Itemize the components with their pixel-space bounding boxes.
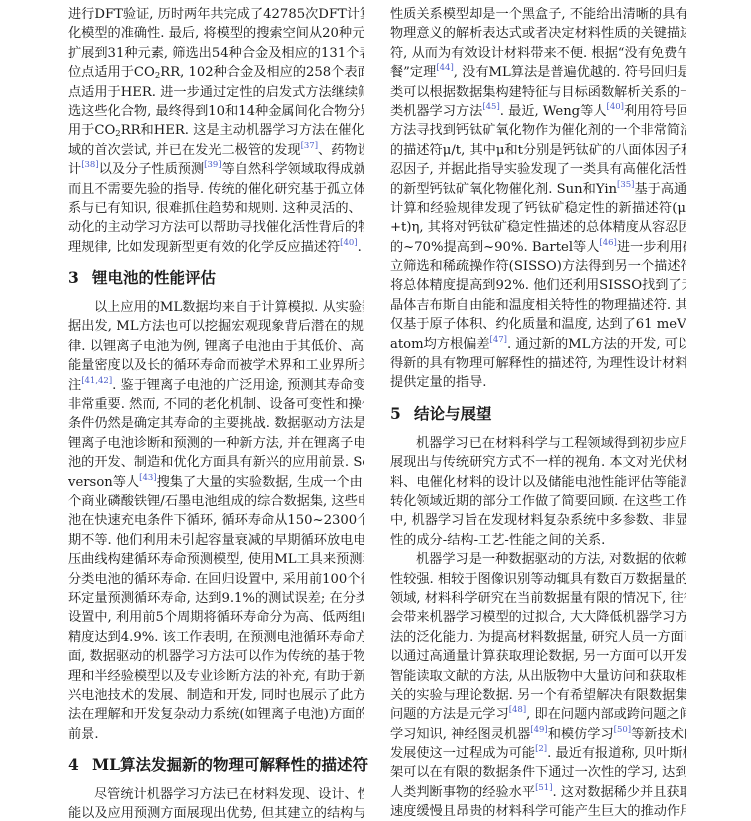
text-span: 注 xyxy=(68,378,81,393)
text-span: 机器学习是一种数据驱动的方法, 对数据的依赖 xyxy=(416,552,686,567)
text-span: 理和半经验模型以及专业诊断方法的补充, 有助于新 xyxy=(68,669,364,684)
text-span: 智能读取文献的方法, 从出版物中大量访问和获取相 xyxy=(390,669,686,684)
text-span: 扩展到31种元素, 筛选出54种合金及相应的131个表面 xyxy=(68,46,364,61)
text-span: 池在快速充电条件下循环, 循环寿命从150~2300个周 xyxy=(68,513,364,528)
citation-link[interactable]: [49] xyxy=(530,725,547,735)
text-span: 而且不需要先验的指导. 传统的催化研究基于孤立体 xyxy=(68,182,364,197)
text-line: 精度达到4.9%. 该工作表明, 在预测电池循环寿命方 xyxy=(68,628,364,647)
citation-link[interactable]: [39] xyxy=(204,160,221,170)
citation-link[interactable]: [37] xyxy=(301,141,318,151)
text-span: , 即在问题内部或跨问题之间 xyxy=(526,707,686,722)
text-span: 能以及应用预测方面展现出优势, 但其建立的结构与 xyxy=(68,806,364,821)
text-line: 池的开发、制造和优化方面具有新兴的应用前景. Se- xyxy=(68,453,364,472)
text-span: atom均方根偏差 xyxy=(390,337,490,352)
text-span: 忍因子, 并据此指导实验发现了一类具有高催化活性 xyxy=(390,162,686,177)
text-line: 的描述符μ/t, 其中μ和t分别是钙钛矿的八面体因子和容 xyxy=(390,141,686,160)
text-line: 的~70%提高到~90%. Bartel等人[46]进一步利用确定独 xyxy=(390,238,686,257)
text-line: 计[38]以及分子性质预测[39]等自然科学领域取得成就, xyxy=(68,160,364,179)
text-span: 前景. xyxy=(68,727,99,742)
section-title: 结论与展望 xyxy=(414,404,492,423)
text-line: 计算和经验规律发现了钙钛矿稳定性的新描述符(μ xyxy=(390,199,686,218)
text-line: 立筛选和稀疏操作符(SISSO)方法得到另一个描述符τ, xyxy=(390,257,686,276)
text-line: 设置中, 利用前5个周期将循环寿命分为高、低两组的 xyxy=(68,608,364,627)
text-line: 性质关系模型却是一个黑盒子, 不能给出清晰的具有 xyxy=(390,5,686,24)
text-span: 性质关系模型却是一个黑盒子, 不能给出清晰的具有 xyxy=(390,7,686,22)
text-line: 池在快速充电条件下循环, 循环寿命从150~2300个周 xyxy=(68,511,364,530)
text-line: 展现出与传统研究方式不一样的视角. 本文对光伏材 xyxy=(390,453,686,472)
text-span: 会带来机器学习模型的过拟合, 大大降低机器学习方 xyxy=(390,610,686,625)
text-line: 律. 以锂离子电池为例, 锂离子电池由于其低价、高 xyxy=(68,337,364,356)
text-span: 分类电池的循环寿命. 在回归设置中, 采用前100个循 xyxy=(68,572,364,587)
text-line: 餐”定理[44], 没有ML算法是普遍优越的. 符号回归是一 xyxy=(390,63,686,82)
text-span: 方法寻找到钙钛矿氧化物作为催化剂的一个非常简洁 xyxy=(390,123,686,138)
text-span: 选这些化合物, 最终得到10和14种金属间化合物分别 xyxy=(68,104,364,119)
left-column: 进行DFT验证, 历时两年共完成了42785次DFT计算, 优化模型的准确性. … xyxy=(68,5,364,821)
text-span: . 通过新的ML方法的开发, 可以获 xyxy=(507,337,686,352)
text-span: 类可以根据数据集构建特征与目标函数解析关系的一 xyxy=(390,85,686,100)
text-span: 性较强. 相较于图像识别等动辄具有数百万数据量的 xyxy=(390,572,686,587)
text-line: 位点适用于CO2RR, 102种合金及相应的258个表面位 xyxy=(68,63,364,82)
text-span: 基于高通量 xyxy=(634,182,686,197)
text-line: verson等人[43]搜集了大量的实验数据, 生成一个由124 xyxy=(68,473,364,492)
text-span: 化模型的准确性. 最后, 将模型的搜索空间从20种元素 xyxy=(68,26,364,41)
text-line: 以上应用的ML数据均来自于计算模拟. 从实验数 xyxy=(68,298,364,317)
text-span: 环定量预测循环寿命, 达到9.1%的测试误差; 在分类 xyxy=(68,591,364,606)
text-span: 计算和经验规律发现了钙钛矿稳定性的新描述符(μ xyxy=(390,201,686,216)
text-span: 动化的主动学习方法可以帮助寻找催化活性背后的物 xyxy=(68,220,364,235)
citation-link[interactable]: [44] xyxy=(436,63,453,73)
text-span: 池的开发、制造和优化方面具有新兴的应用前景. Se- xyxy=(68,455,364,470)
text-line: 物理意义的解析表达式或者决定材料性质的关键描述 xyxy=(390,24,686,43)
text-span: 性的成分-结构-工艺-性能之间的关系. xyxy=(390,533,605,548)
text-line: 扩展到31种元素, 筛选出54种合金及相应的131个表面 xyxy=(68,44,364,63)
text-line: 类机器学习方法[45]. 最近, Weng等人[40]利用符号回归 xyxy=(390,102,686,121)
text-line: 面, 数据驱动的机器学习方法可以作为传统的基于物 xyxy=(68,647,364,666)
text-span: 的~70%提高到~90%. Bartel等人 xyxy=(390,240,599,255)
citation-link[interactable]: [51] xyxy=(535,783,552,793)
text-line: 域的首次尝试, 并已在发光二极管的发现[37]、药物设 xyxy=(68,141,364,160)
text-span: 利用符号回归 xyxy=(624,104,686,119)
text-span: 以通过高通量计算获取理论数据, 另一方面可以开发 xyxy=(390,649,686,664)
text-span: 料、电催化材料的设计以及储能电池性能评估等能源 xyxy=(390,475,686,490)
text-span: 中, 机器学习旨在发现材料复杂系统中多参数、非显 xyxy=(390,513,686,528)
text-line: 而且不需要先验的指导. 传统的催化研究基于孤立体 xyxy=(68,180,364,199)
text-line: 压曲线构建循环寿命预测模型, 使用ML工具来预测和 xyxy=(68,550,364,569)
text-span: 转化领域近期的部分工作做了简要回顾. 在这些工作 xyxy=(390,494,686,509)
text-line: 得新的具有物理可解释性的描述符, 为理性设计材料 xyxy=(390,354,686,373)
text-line: 提供定量的指导. xyxy=(390,373,686,392)
text-line: +t)η, 其将对钙钛矿稳定性描述的总体精度从容忍因子t xyxy=(390,218,686,237)
text-span: 、药物设 xyxy=(318,143,364,158)
text-span: 设置中, 利用前5个周期将循环寿命分为高、低两组的 xyxy=(68,610,364,625)
citation-link[interactable]: [46] xyxy=(599,238,616,248)
citation-link[interactable]: [40] xyxy=(340,238,357,248)
section-title: 锂电池的性能评估 xyxy=(92,268,216,287)
section-3-body: 以上应用的ML数据均来自于计算模拟. 从实验数据出发, ML方法也可以挖掘宏观现… xyxy=(68,298,364,744)
text-span: 律. 以锂离子电池为例, 锂离子电池由于其低价、高 xyxy=(68,339,364,354)
text-line: 方法寻找到钙钛矿氧化物作为催化剂的一个非常简洁 xyxy=(390,121,686,140)
text-line: 用于CO2RR和HER. 这是主动机器学习方法在催化领 xyxy=(68,121,364,140)
text-span: 点适用于HER. 进一步通过定性的启发式方法继续筛 xyxy=(68,85,364,100)
text-span: 尽管统计机器学习方法已在材料发现、设计、性 xyxy=(94,787,364,802)
text-line: 将总体精度提高到92%. 他们还利用SISSO找到了无机 xyxy=(390,276,686,295)
text-span: 期不等. 他们利用未引起容量衰减的早期循环放电电 xyxy=(68,533,364,548)
text-span: 理规律, 比如发现新型更有效的化学反应描述符 xyxy=(68,240,340,255)
text-line: 中, 机器学习旨在发现材料复杂系统中多参数、非显 xyxy=(390,511,686,530)
section-4-heading: 4ML算法发掘新的物理可解释性的描述符 xyxy=(68,750,364,780)
text-span: 速度缓慢且昂贵的材料科学可能产生巨大的推动作用. xyxy=(390,804,686,819)
text-line: 法的泛化能力. 为提高材料数据量, 研究人员一方面可 xyxy=(390,628,686,647)
text-line: 条件仍然是确定其寿命的主要挑战. 数据驱动方法是 xyxy=(68,414,364,433)
text-span: 将总体精度提高到92%. 他们还利用SISSO找到了无机 xyxy=(390,278,686,293)
section-3-heading: 3锂电池的性能评估 xyxy=(68,263,364,293)
text-span: 精度达到4.9%. 该工作表明, 在预测电池循环寿命方 xyxy=(68,630,364,645)
text-span: 条件仍然是确定其寿命的主要挑战. 数据驱动方法是 xyxy=(68,416,364,431)
text-line: 符, 从而为有效设计材料带来不便. 根据“没有免费午 xyxy=(390,44,686,63)
text-span: 非常重要. 然而, 不同的老化机制、设备可变性和操作 xyxy=(68,397,364,412)
citation-link[interactable]: [43] xyxy=(139,473,156,483)
text-line: 架可以在有限的数据条件下通过一次性的学习, 达到 xyxy=(390,763,686,782)
text-line: 速度缓慢且昂贵的材料科学可能产生巨大的推动作用. xyxy=(390,802,686,821)
text-line: 环定量预测循环寿命, 达到9.1%的测试误差; 在分类 xyxy=(68,589,364,608)
text-span: . xyxy=(358,240,362,255)
text-line: 前景. xyxy=(68,725,364,744)
text-span: 问题的方法是元学习 xyxy=(390,707,509,722)
section-title: ML算法发掘新的物理可解释性的描述符 xyxy=(92,755,368,774)
section-number: 5 xyxy=(390,399,414,429)
section-5-heading: 5结论与展望 xyxy=(390,399,686,429)
text-span: 学习知识, 神经图灵机器 xyxy=(390,727,530,742)
text-span: , 没有ML算法是普遍优越的. 符号回归是一 xyxy=(454,65,686,80)
text-span: 位点适用于CO xyxy=(68,65,155,80)
text-line: 系与已有知识, 很难抓住趋势和规则. 这种灵活的、自 xyxy=(68,199,364,218)
text-line: 领域, 材料科学研究在当前数据量有限的情况下, 往往 xyxy=(390,589,686,608)
text-span: verson等人 xyxy=(68,475,139,490)
text-span: 进行DFT验证, 历时两年共完成了42785次DFT计算, 优 xyxy=(68,7,364,22)
text-span: 以上应用的ML数据均来自于计算模拟. 从实验数 xyxy=(94,300,364,315)
citation-link[interactable]: [41,42] xyxy=(81,376,112,386)
text-span: 域的首次尝试, 并已在发光二极管的发现 xyxy=(68,143,301,158)
text-line: 法在理解和开发复杂动力系统(如锂离子电池)方面的 xyxy=(68,705,364,724)
text-span: 以及分子性质预测 xyxy=(99,162,205,177)
text-span: 物理意义的解析表达式或者决定材料性质的关键描述 xyxy=(390,26,686,41)
text-span: 机器学习已在材料科学与工程领域得到初步应用, xyxy=(416,436,686,451)
text-span: 关的实验与理论数据. 另一个有希望解决有限数据集 xyxy=(390,688,686,703)
text-line: 问题的方法是元学习[48], 即在问题内部或跨问题之间 xyxy=(390,705,686,724)
text-span: 的新型钙钛矿氧化物催化剂. Sun和Yin xyxy=(390,182,617,197)
text-line: 兴电池技术的发展、制造和开发, 同时也展示了此方 xyxy=(68,686,364,705)
text-span: 发展使这一过程成为可能 xyxy=(390,746,535,761)
citation-link[interactable]: [48] xyxy=(509,705,526,715)
text-span: 架可以在有限的数据条件下通过一次性的学习, 达到 xyxy=(390,765,686,780)
text-line: 化模型的准确性. 最后, 将模型的搜索空间从20种元素 xyxy=(68,24,364,43)
text-line: atom均方根偏差[47]. 通过新的ML方法的开发, 可以获 xyxy=(390,335,686,354)
citation-link[interactable]: [35] xyxy=(617,180,634,190)
text-span: 搜集了大量的实验数据, 生成一个由124 xyxy=(157,475,364,490)
text-line: 锂离子电池诊断和预测的一种新方法, 并在锂离子电 xyxy=(68,434,364,453)
text-line: 料、电催化材料的设计以及储能电池性能评估等能源 xyxy=(390,473,686,492)
text-span: 个商业磷酸铁锂/石墨电池组成的综合数据集, 这些电 xyxy=(68,494,364,509)
text-line: 点适用于HER. 进一步通过定性的启发式方法继续筛 xyxy=(68,83,364,102)
text-line: 人类判断事物的经验水平[51]. 这对数据稀少并且获取 xyxy=(390,783,686,802)
text-span: 人类判断事物的经验水平 xyxy=(390,785,535,800)
text-span: 兴电池技术的发展、制造和开发, 同时也展示了此方 xyxy=(68,688,364,703)
text-line: 晶体吉布斯自由能和温度相关特性的物理描述符. 其 xyxy=(390,296,686,315)
text-span: 据出发, ML方法也可以挖掘宏观现象背后潜在的规 xyxy=(68,319,364,334)
text-span: 领域, 材料科学研究在当前数据量有限的情况下, 往往 xyxy=(390,591,686,606)
section-4-body: 尽管统计机器学习方法已在材料发现、设计、性能以及应用预测方面展现出优势, 但其建… xyxy=(68,785,364,821)
text-line: 的新型钙钛矿氧化物催化剂. Sun和Yin[35]基于高通量 xyxy=(390,180,686,199)
text-line: 动化的主动学习方法可以帮助寻找催化活性背后的物 xyxy=(68,218,364,237)
text-span: 等自然科学领域取得成就, xyxy=(222,162,364,177)
text-line: 转化领域近期的部分工作做了简要回顾. 在这些工作 xyxy=(390,492,686,511)
text-span: . 最近有报道称, 贝叶斯框 xyxy=(547,746,686,761)
text-span: 进一步利用确定独 xyxy=(617,240,686,255)
text-line: 关的实验与理论数据. 另一个有希望解决有限数据集 xyxy=(390,686,686,705)
text-span: . 鉴于锂离子电池的广泛用途, 预测其寿命变得 xyxy=(112,378,364,393)
text-line: 智能读取文献的方法, 从出版物中大量访问和获取相 xyxy=(390,667,686,686)
text-span: 压曲线构建循环寿命预测模型, 使用ML工具来预测和 xyxy=(68,552,364,567)
text-line: 机器学习是一种数据驱动的方法, 对数据的依赖 xyxy=(390,550,686,569)
left-intro-paragraph: 进行DFT验证, 历时两年共完成了42785次DFT计算, 优化模型的准确性. … xyxy=(68,5,364,257)
text-span: 计 xyxy=(68,162,81,177)
citation-link[interactable]: [40] xyxy=(607,102,624,112)
text-line: 尽管统计机器学习方法已在材料发现、设计、性 xyxy=(68,785,364,804)
text-line: 忍因子, 并据此指导实验发现了一类具有高催化活性 xyxy=(390,160,686,179)
text-line: 选这些化合物, 最终得到10和14种金属间化合物分别 xyxy=(68,102,364,121)
section-number: 3 xyxy=(68,263,92,293)
text-span: 类机器学习方法 xyxy=(390,104,482,119)
text-line: 发展使这一过程成为可能[2]. 最近有报道称, 贝叶斯框 xyxy=(390,744,686,763)
text-span: 能量密度以及长的循环寿命而被学术界和工业界所关 xyxy=(68,358,364,373)
text-span: 用于CO xyxy=(68,123,115,138)
citation-link[interactable]: [38] xyxy=(81,160,98,170)
text-span: 提供定量的指导. xyxy=(390,375,487,390)
section-number: 4 xyxy=(68,750,92,780)
text-span: +t)η, 其将对钙钛矿稳定性描述的总体精度从容忍因子t xyxy=(390,220,686,235)
text-span: 面, 数据驱动的机器学习方法可以作为传统的基于物 xyxy=(68,649,364,664)
text-span: 餐”定理 xyxy=(390,65,436,80)
right-column: 性质关系模型却是一个黑盒子, 不能给出清晰的具有物理意义的解析表达式或者决定材料… xyxy=(390,5,686,821)
right-intro-paragraph: 性质关系模型却是一个黑盒子, 不能给出清晰的具有物理意义的解析表达式或者决定材料… xyxy=(390,5,686,393)
text-line: 进行DFT验证, 历时两年共完成了42785次DFT计算, 优 xyxy=(68,5,364,24)
text-span: 法在理解和开发复杂动力系统(如锂离子电池)方面的 xyxy=(68,707,364,722)
text-line: 期不等. 他们利用未引起容量衰减的早期循环放电电 xyxy=(68,531,364,550)
text-span: 符, 从而为有效设计材料带来不便. 根据“没有免费午 xyxy=(390,46,686,61)
text-span: 等新技术的 xyxy=(631,727,686,742)
text-span: 法的泛化能力. 为提高材料数据量, 研究人员一方面可 xyxy=(390,630,686,645)
text-line: 学习知识, 神经图灵机器[49]和模仿学习[50]等新技术的 xyxy=(390,725,686,744)
text-span: 的描述符μ/t, 其中μ和t分别是钙钛矿的八面体因子和容 xyxy=(390,143,686,158)
text-line: 以通过高通量计算获取理论数据, 另一方面可以开发 xyxy=(390,647,686,666)
text-span: RR和HER. 这是主动机器学习方法在催化领 xyxy=(121,123,364,138)
text-line: 类可以根据数据集构建特征与目标函数解析关系的一 xyxy=(390,83,686,102)
text-line: 个商业磷酸铁锂/石墨电池组成的综合数据集, 这些电 xyxy=(68,492,364,511)
citation-link[interactable]: [2] xyxy=(535,744,547,754)
citation-link[interactable]: [45] xyxy=(482,102,499,112)
text-span: . 最近, Weng等人 xyxy=(500,104,607,119)
text-line: 分类电池的循环寿命. 在回归设置中, 采用前100个循 xyxy=(68,570,364,589)
text-line: 理规律, 比如发现新型更有效的化学反应描述符[40]. xyxy=(68,238,364,257)
text-span: 和模仿学习 xyxy=(548,727,614,742)
text-span: 晶体吉布斯自由能和温度相关特性的物理描述符. 其 xyxy=(390,298,686,313)
text-line: 性较强. 相较于图像识别等动辄具有数百万数据量的 xyxy=(390,570,686,589)
text-span: 展现出与传统研究方式不一样的视角. 本文对光伏材 xyxy=(390,455,686,470)
citation-link[interactable]: [47] xyxy=(490,335,507,345)
text-line: 机器学习已在材料科学与工程领域得到初步应用, xyxy=(390,434,686,453)
text-line: 会带来机器学习模型的过拟合, 大大降低机器学习方 xyxy=(390,608,686,627)
text-line: 注[41,42]. 鉴于锂离子电池的广泛用途, 预测其寿命变得 xyxy=(68,376,364,395)
text-span: 锂离子电池诊断和预测的一种新方法, 并在锂离子电 xyxy=(68,436,364,451)
section-5-body: 机器学习已在材料科学与工程领域得到初步应用,展现出与传统研究方式不一样的视角. … xyxy=(390,434,686,821)
text-line: 非常重要. 然而, 不同的老化机制、设备可变性和操作 xyxy=(68,395,364,414)
text-line: 性的成分-结构-工艺-性能之间的关系. xyxy=(390,531,686,550)
text-line: 能量密度以及长的循环寿命而被学术界和工业界所关 xyxy=(68,356,364,375)
text-line: 理和半经验模型以及专业诊断方法的补充, 有助于新 xyxy=(68,667,364,686)
text-span: 得新的具有物理可解释性的描述符, 为理性设计材料 xyxy=(390,356,686,371)
text-line: 仅基于原子体积、约化质量和温度, 达到了61 meV/ xyxy=(390,315,686,334)
text-span: 立筛选和稀疏操作符(SISSO)方法得到另一个描述符τ, xyxy=(390,259,686,274)
text-span: 仅基于原子体积、约化质量和温度, 达到了61 meV/ xyxy=(390,317,686,332)
citation-link[interactable]: [50] xyxy=(614,725,631,735)
text-line: 据出发, ML方法也可以挖掘宏观现象背后潜在的规 xyxy=(68,317,364,336)
text-span: 系与已有知识, 很难抓住趋势和规则. 这种灵活的、自 xyxy=(68,201,364,216)
text-line: 能以及应用预测方面展现出优势, 但其建立的结构与 xyxy=(68,804,364,821)
text-span: RR, 102种合金及相应的258个表面位 xyxy=(160,65,364,80)
text-span: . 这对数据稀少并且获取 xyxy=(553,785,686,800)
